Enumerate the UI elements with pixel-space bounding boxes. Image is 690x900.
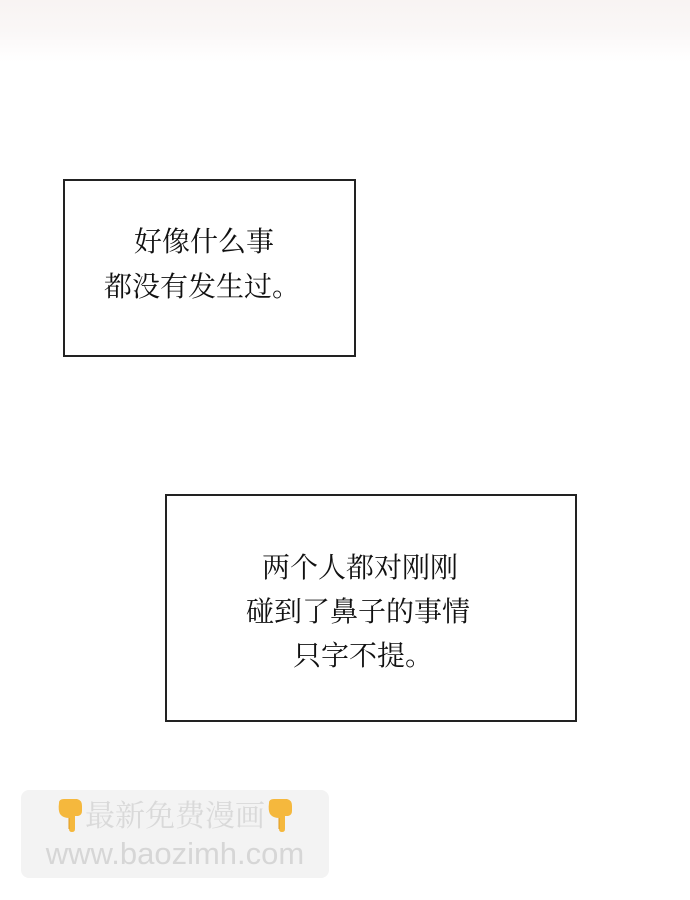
watermark-title-row: 最新免费漫画	[21, 798, 329, 836]
caption-box-1	[63, 179, 356, 357]
pointing-down-hand-icon	[55, 797, 85, 833]
caption-1-line-1: 好像什么事	[134, 226, 274, 258]
caption-2-line-2: 碰到了鼻子的事情	[246, 596, 470, 628]
caption-2-line-1: 两个人都对刚刚	[262, 552, 458, 584]
watermark-banner[interactable]: 最新免费漫画 www.baozimh.com	[21, 790, 329, 878]
top-gradient-fade	[0, 0, 690, 62]
watermark-url[interactable]: www.baozimh.com	[21, 836, 329, 872]
caption-2-line-3: 只字不提。	[293, 640, 433, 672]
pointing-down-hand-icon	[265, 797, 295, 833]
watermark-title: 最新免费漫画	[85, 799, 265, 834]
caption-1-line-2: 都没有发生过。	[104, 271, 300, 303]
